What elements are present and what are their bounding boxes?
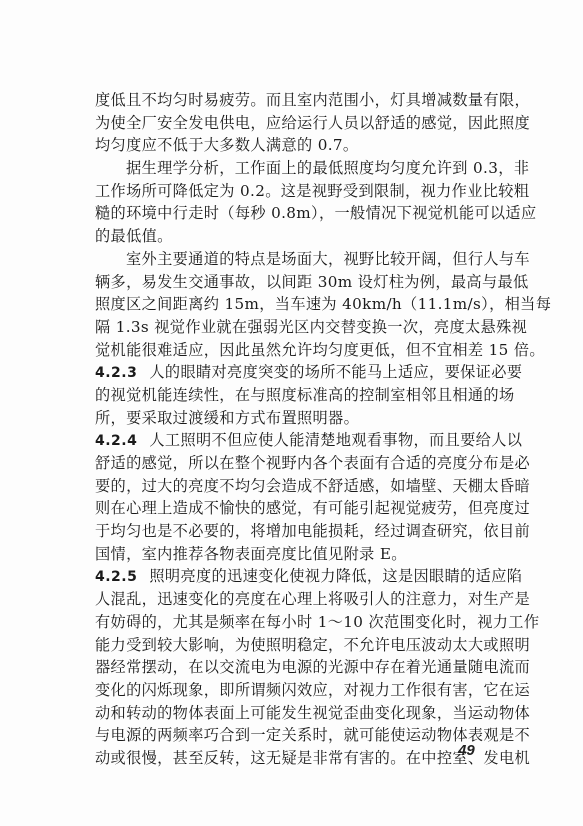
text-line: 为使全厂安全发电供电，应给运行人员以舒适的感觉，因此照度: [95, 112, 493, 135]
text-line: 则在心理上造成不愉快的感觉，有可能引起视觉疲劳，但亮度过: [95, 497, 493, 520]
text-line: 要的，过大的亮度不均匀会造成不舒适感，如墙壁、天棚太昏暗: [95, 475, 493, 498]
text-line: 的视觉机能连续性，在与照度标准高的控制室相邻且相通的场: [95, 384, 493, 407]
text-line: 隔 1.3s 视觉作业就在强弱光区内交替变换一次，亮度太悬殊视: [95, 316, 493, 339]
text-line: 动或很慢，甚至反转，这无疑是非常有害的。在中控室、发电机: [95, 747, 493, 770]
section-number: 4.2.5: [95, 569, 137, 585]
text-line: 所，要采取过渡缓和方式布置照明器。: [95, 407, 493, 430]
text-line: 均匀度应不低于大多数人满意的 0.7。: [95, 134, 493, 157]
text-line: 器经常摆动，在以交流电为电源的光源中存在着光通量随电流而: [95, 656, 493, 679]
section-text: 人工照明不但应使人能清楚地观看事物，而且要给人以: [149, 431, 522, 449]
section-number: 4.2.3: [95, 365, 137, 381]
section-text: 照明亮度的迅速变化使视力降低，这是因眼睛的适应陷: [149, 567, 522, 585]
section-4-2-3-line: 4.2.3人的眼睛对亮度突变的场所不能马上适应，要保证必要: [95, 361, 493, 384]
text-line: 的最低值。: [95, 225, 493, 248]
text-line: 度低且不均匀时易疲劳。而且室内范围小，灯具增减数量有限，: [95, 89, 493, 112]
text-line: 动和转动的物体表面上可能发生视觉歪曲变化现象，当运动物体: [95, 702, 493, 725]
text-line: 能力受到较大影响，为使照明稳定，不允许电压波动太大或照明: [95, 634, 493, 657]
paragraph-start-line: 据生理学分析，工作面上的最低照度均匀度允许到 0.3，非: [95, 157, 493, 180]
text-line: 变化的闪烁现象，即所谓频闪效应，对视力工作很有害，它在运: [95, 679, 493, 702]
text-line: 与电源的两频率巧合到一定关系时，就可能使运动物体表观是不: [95, 724, 493, 747]
section-number: 4.2.4: [95, 433, 137, 449]
text-line: 于均匀也是不必要的，将增加电能损耗，经过调查研究，依目前: [95, 520, 493, 543]
body-text: 度低且不均匀时易疲劳。而且室内范围小，灯具增减数量有限， 为使全厂安全发电供电，…: [95, 89, 493, 770]
text-line: 国情，室内推荐各物表面亮度比值见附录 E。: [95, 543, 493, 566]
text-line: 舒适的感觉，所以在整个视野内各个表面有合适的亮度分布是必: [95, 452, 493, 475]
paragraph-start-line: 室外主要通道的特点是场面大，视野比较开阔，但行人与车: [95, 248, 493, 271]
text-line: 辆多，易发生交通事故，以间距 30m 设灯柱为例，最高与最低: [95, 271, 493, 294]
text-line: 工作场所可降低定为 0.2。这是视野受到限制，视力作业比较粗: [95, 180, 493, 203]
page-number: 49: [458, 742, 475, 759]
section-text: 人的眼睛对亮度突变的场所不能马上适应，要保证必要: [149, 363, 522, 381]
text-line: 有妨碍的，尤其是频率在每小时 1～10 次范围变化时，视力工作: [95, 611, 493, 634]
text-line: 人混乱，迅速变化的亮度在心理上将吸引人的注意力，对生产是: [95, 588, 493, 611]
section-4-2-4-line: 4.2.4人工照明不但应使人能清楚地观看事物，而且要给人以: [95, 429, 493, 452]
document-page: 度低且不均匀时易疲劳。而且室内范围小，灯具增减数量有限， 为使全厂安全发电供电，…: [0, 0, 583, 826]
text-line: 觉机能很难适应，因此虽然允许均匀度更低，但不宜相差 15 倍。: [95, 339, 493, 362]
text-line: 照度区之间距离约 15m，当车速为 40km/h（11.1m/s），相当每: [95, 293, 493, 316]
section-4-2-5-line: 4.2.5照明亮度的迅速变化使视力降低，这是因眼睛的适应陷: [95, 565, 493, 588]
text-line: 糙的环境中行走时（每秒 0.8m），一般情况下视觉机能可以适应: [95, 202, 493, 225]
